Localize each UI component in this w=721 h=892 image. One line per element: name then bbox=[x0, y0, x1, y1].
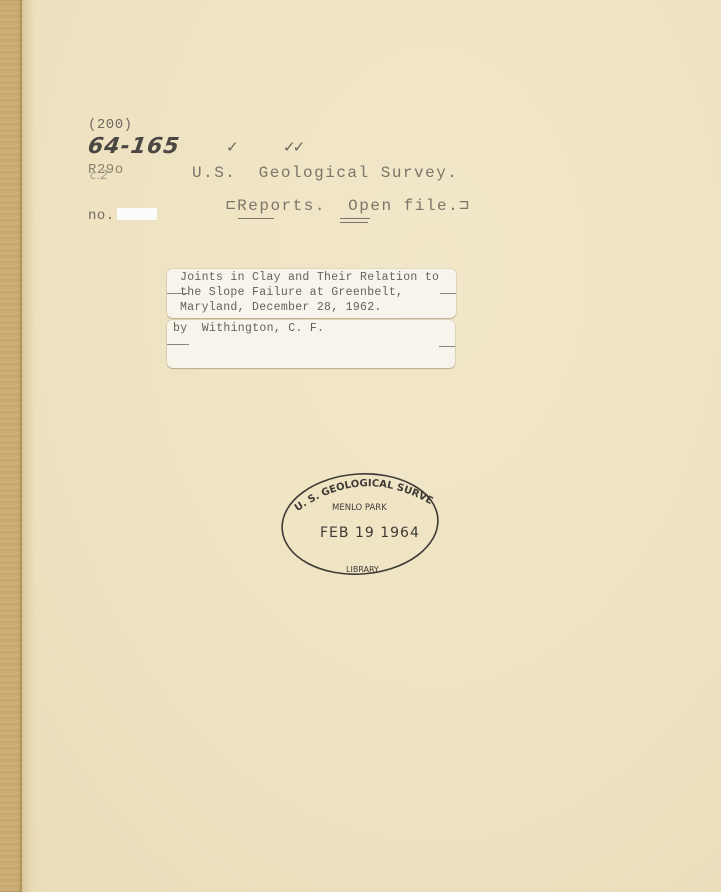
spine-shadow bbox=[22, 0, 36, 892]
binding-spine bbox=[0, 0, 22, 892]
title-line-2: the Slope Failure at Greenbelt, bbox=[180, 286, 403, 299]
open-underline-1 bbox=[340, 218, 370, 219]
whiteout-patch bbox=[117, 208, 157, 220]
stamp-oval-icon: U. S. GEOLOGICAL SURVEY MENLO PARK FEB 1… bbox=[280, 470, 440, 578]
stamp-date: FEB 19 1964 bbox=[320, 525, 420, 541]
author-text: by Withington, C. F. bbox=[173, 321, 324, 336]
document-page: (200) R29o no. 64-165 c.2 ✓ ✓✓ U.S. Geol… bbox=[0, 0, 721, 892]
stamp-location: MENLO PARK bbox=[332, 503, 387, 513]
call-number-line1: (200) bbox=[88, 118, 157, 133]
title-text: Joints in Clay and Their Relation to the… bbox=[180, 270, 439, 315]
series-heading: ⊏Reports. Open file.⊐ bbox=[226, 195, 470, 215]
copy-note: c.2 bbox=[90, 168, 108, 182]
double-checkmark-icon: ✓✓ bbox=[283, 138, 302, 156]
call-number-line3: no. bbox=[88, 208, 157, 224]
card-rule-right bbox=[440, 293, 456, 294]
card-rule-left bbox=[167, 293, 189, 294]
no-label: no. bbox=[88, 208, 115, 224]
title-label-card: Joints in Clay and Their Relation to the… bbox=[167, 269, 456, 318]
stamp-library: LIBRARY bbox=[346, 565, 379, 574]
checkmark-icon: ✓ bbox=[226, 138, 239, 156]
open-underline-2 bbox=[340, 222, 368, 223]
card-rule-left bbox=[167, 344, 189, 345]
title-line-1: Joints in Clay and Their Relation to bbox=[180, 271, 439, 284]
author-label-card: by Withington, C. F. bbox=[167, 320, 455, 368]
reports-underline bbox=[238, 218, 274, 219]
agency-heading: U.S. Geological Survey. bbox=[192, 164, 458, 182]
handwritten-report-number: 64-165 bbox=[86, 134, 181, 159]
title-line-3: Maryland, December 28, 1962. bbox=[180, 301, 382, 314]
library-received-stamp: U. S. GEOLOGICAL SURVEY MENLO PARK FEB 1… bbox=[280, 470, 440, 578]
card-rule-right bbox=[439, 346, 455, 347]
